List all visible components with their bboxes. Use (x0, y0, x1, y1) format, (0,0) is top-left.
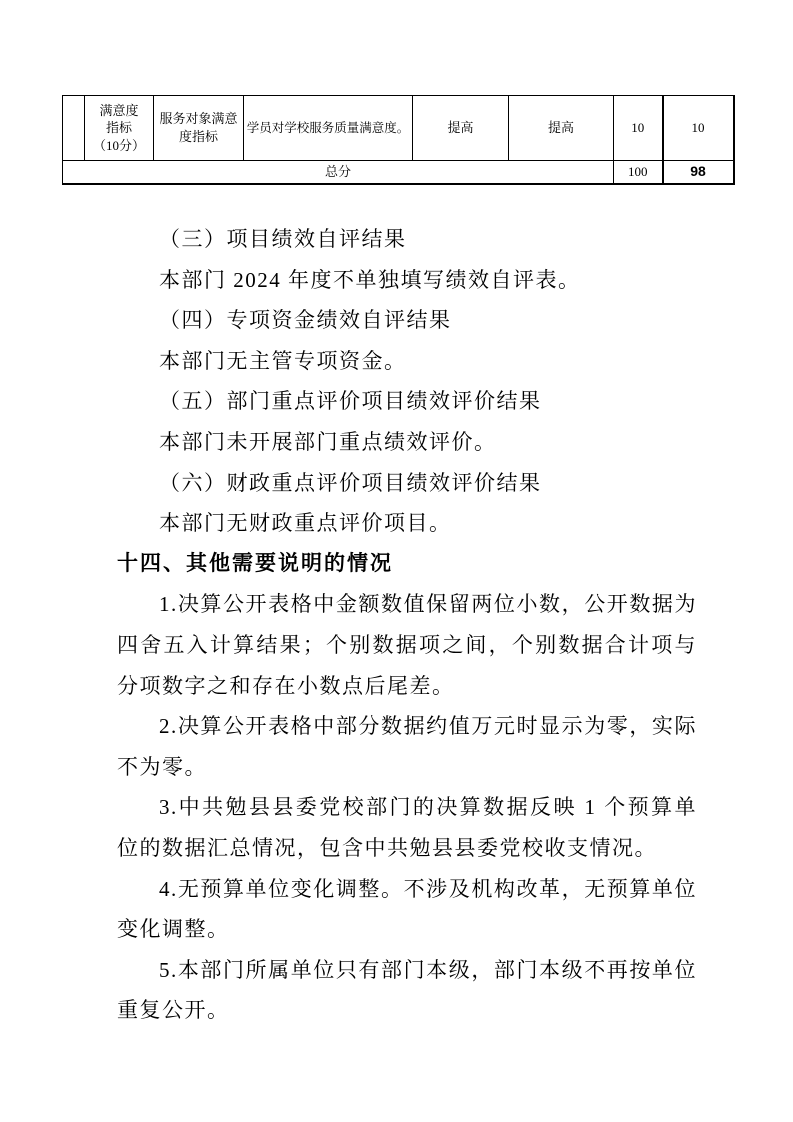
subsection-heading-3: （三）项目绩效自评结果 (117, 219, 697, 260)
table-cell-level3-indicator: 服务对象满意 度指标 (154, 96, 244, 161)
table-cell-total-self-score: 98 (663, 161, 734, 184)
table-row-total: 总分 100 98 (63, 161, 734, 184)
table-cell-self-score: 10 (663, 96, 734, 161)
table-cell-full-score: 10 (614, 96, 663, 161)
table-cell-level2-indicator: 满意度 指标 （10分） (85, 96, 154, 161)
table-cell-total-full-score: 100 (614, 161, 663, 184)
note-paragraph-1: 1.决算公开表格中金额数值保留两位小数，公开数据为四舍五入计算结果；个别数据项之… (117, 584, 697, 706)
subsection-body-3: 本部门 2024 年度不单独填写绩效自评表。 (117, 260, 697, 301)
note-paragraph-3: 3.中共勉县县委党校部门的决算数据反映 1 个预算单位的数据汇总情况，包含中共勉… (117, 787, 697, 868)
table-cell-target-value: 提高 (413, 96, 509, 161)
subsection-heading-5: （五）部门重点评价项目绩效评价结果 (117, 381, 697, 422)
table-cell-actual-value: 提高 (509, 96, 614, 161)
document-page: 满意度 指标 （10分） 服务对象满意 度指标 学员对学校服务质量满意度。 提高… (0, 0, 793, 1122)
subsection-heading-6: （六）财政重点评价项目绩效评价结果 (117, 463, 697, 504)
subsection-body-5: 本部门未开展部门重点绩效评价。 (117, 422, 697, 463)
subsection-body-6: 本部门无财政重点评价项目。 (117, 503, 697, 544)
note-paragraph-2: 2.决算公开表格中部分数据约值万元时显示为零，实际不为零。 (117, 706, 697, 787)
table-cell-total-label: 总分 (63, 161, 614, 184)
table-cell-indicator-detail: 学员对学校服务质量满意度。 (244, 96, 413, 161)
table-row-satisfaction: 满意度 指标 （10分） 服务对象满意 度指标 学员对学校服务质量满意度。 提高… (63, 96, 734, 161)
section-heading-14: 十四、其他需要说明的情况 (117, 544, 697, 585)
note-paragraph-5: 5.本部门所属单位只有部门本级，部门本级不再按单位重复公开。 (117, 950, 697, 1031)
subsection-heading-4: （四）专项资金绩效自评结果 (117, 300, 697, 341)
performance-score-table: 满意度 指标 （10分） 服务对象满意 度指标 学员对学校服务质量满意度。 提高… (62, 95, 735, 185)
document-body: （三）项目绩效自评结果 本部门 2024 年度不单独填写绩效自评表。 （四）专项… (117, 219, 697, 1031)
note-paragraph-4: 4.无预算单位变化调整。不涉及机构改革，无预算单位变化调整。 (117, 869, 697, 950)
subsection-body-4: 本部门无主管专项资金。 (117, 341, 697, 382)
table-cell-spacer (63, 96, 85, 161)
